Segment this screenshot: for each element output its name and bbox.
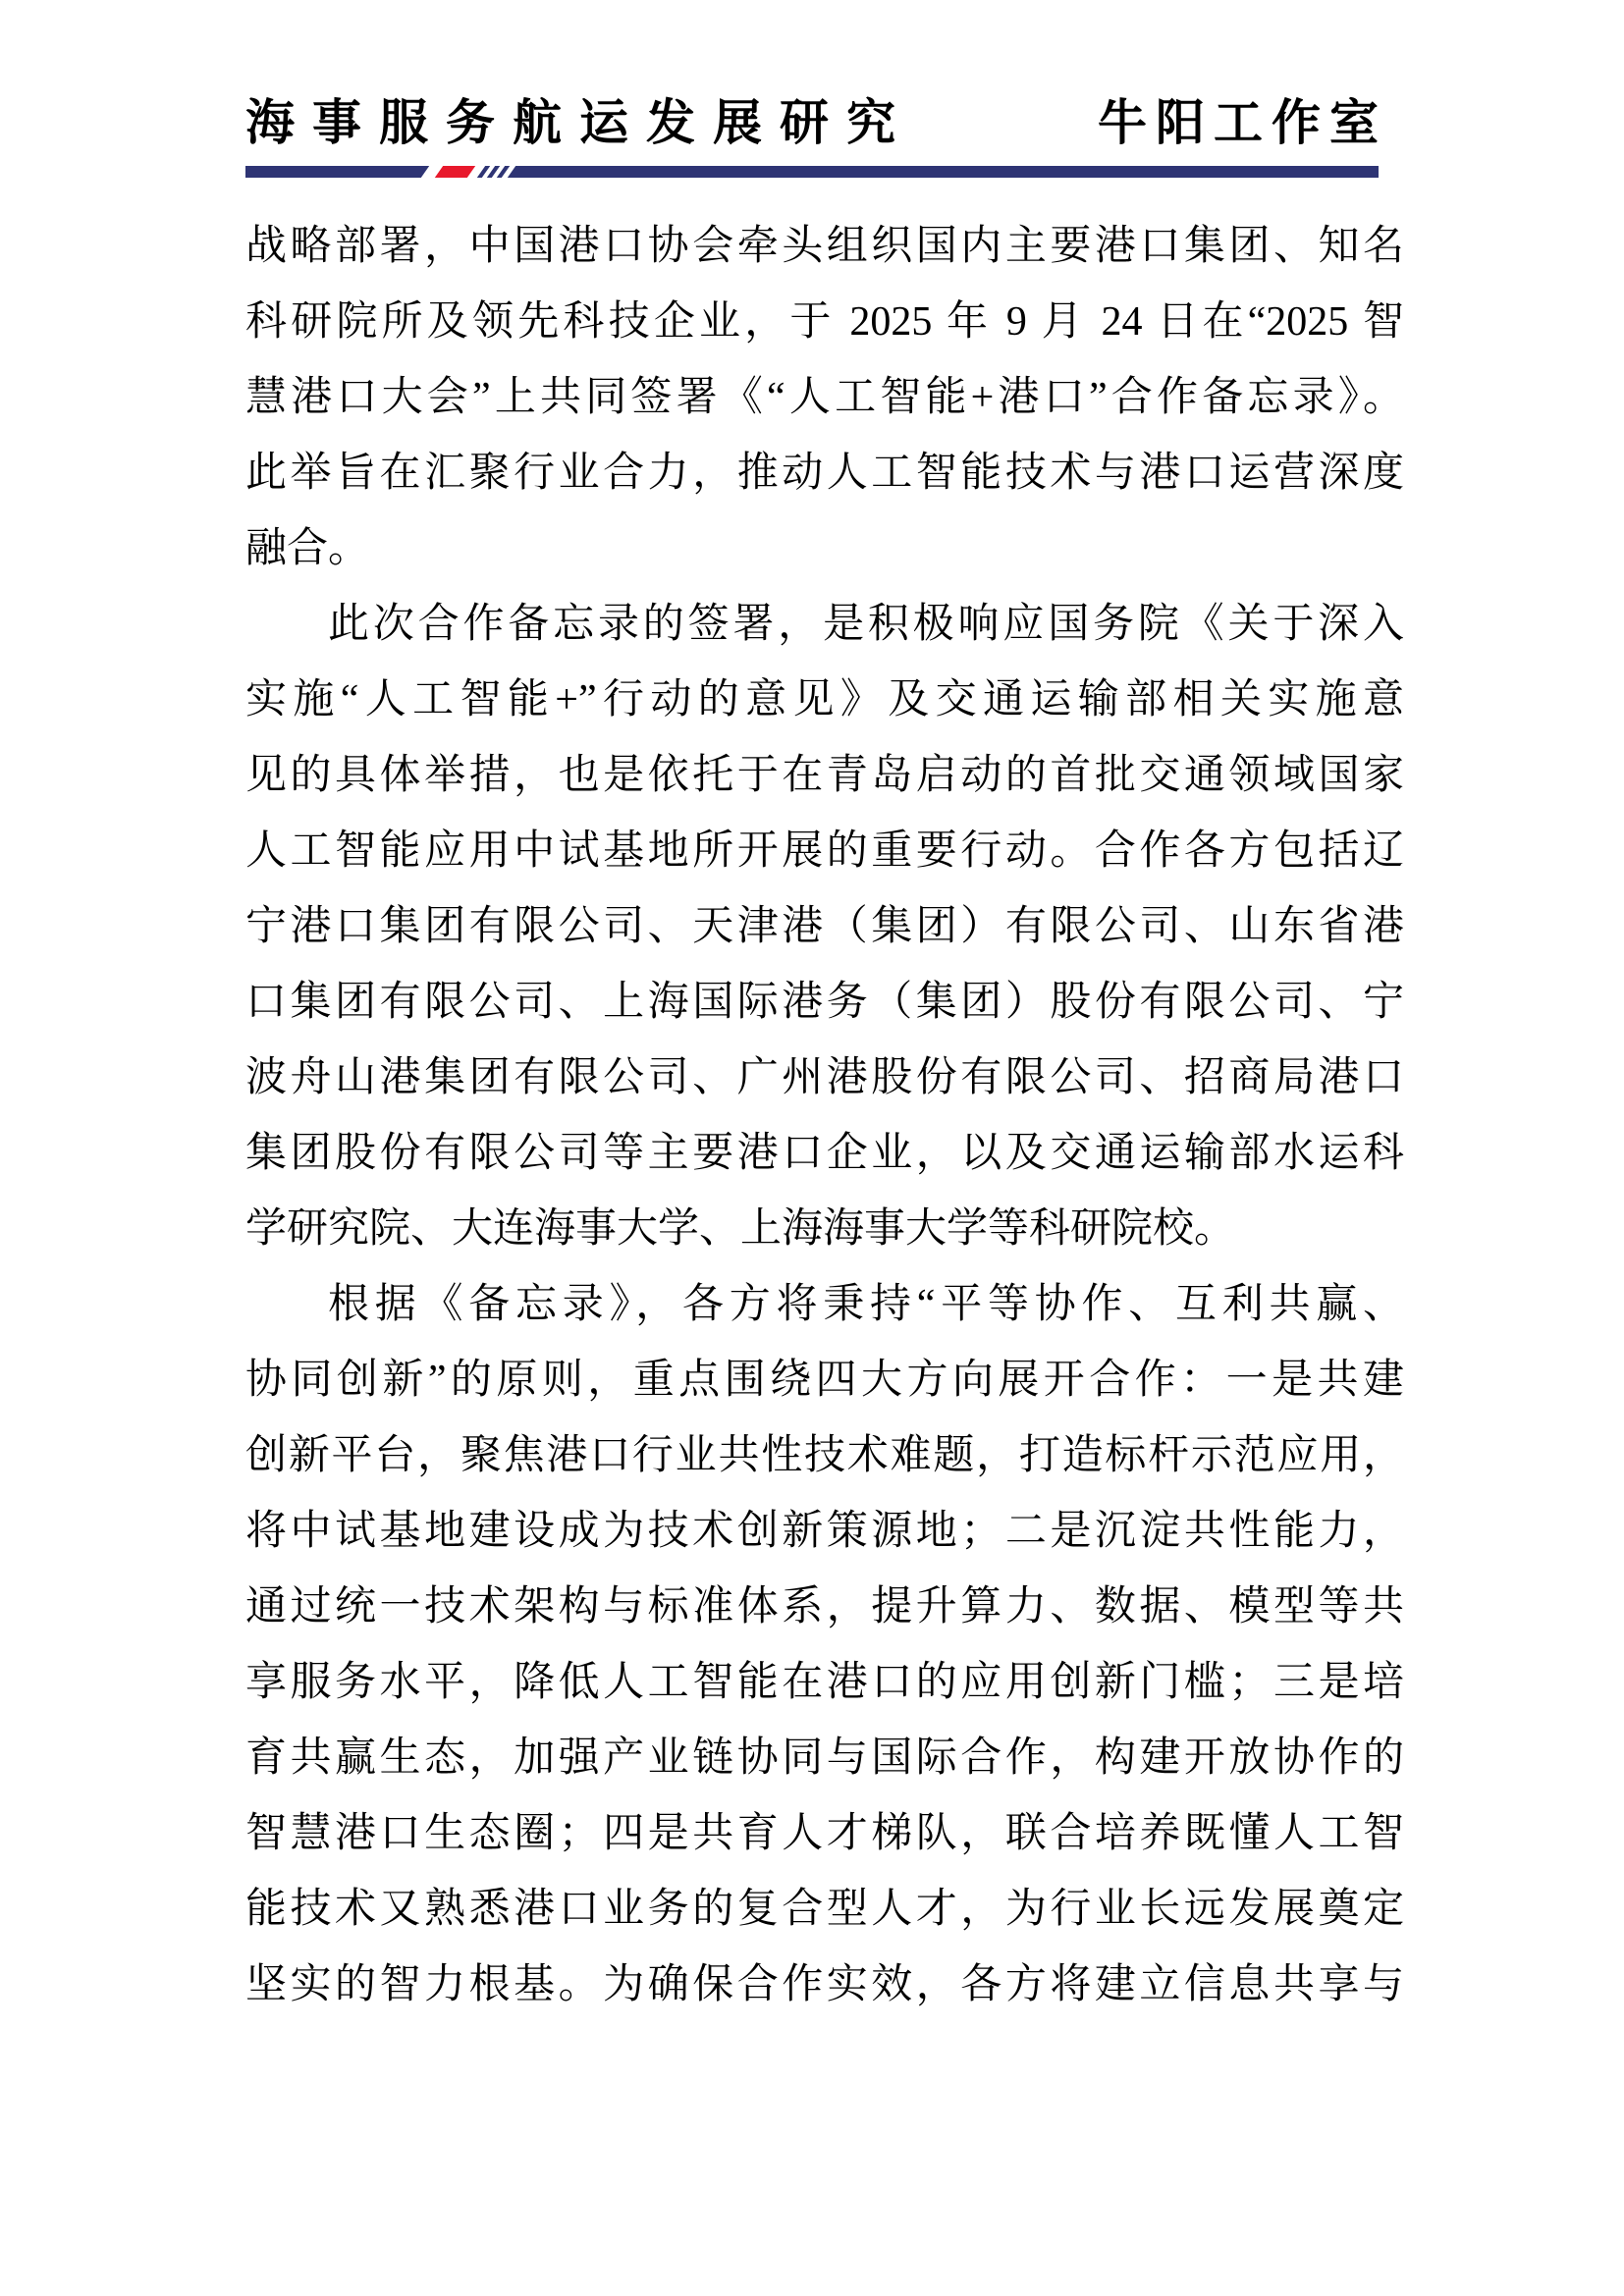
- text-line: 此举旨在汇聚行业合力，推动人工智能技术与港口运营深度: [245, 436, 1404, 511]
- text-line: 育共赢生态，加强产业链协同与国际合作，构建开放协作的: [245, 1721, 1404, 1796]
- text-line: 坚实的智力根基。为确保合作实效，各方将建立信息共享与: [245, 1948, 1404, 2023]
- text-line: 智慧港口生态圈；四是共育人才梯队，联合培养既懂人工智: [245, 1796, 1404, 1872]
- text-line: 口集团有限公司、上海国际港务（集团）股份有限公司、宁: [245, 965, 1404, 1041]
- text-line: 能技术又熟悉港口业务的复合型人才，为行业长远发展奠定: [245, 1872, 1404, 1948]
- text-line: 将中试基地建设成为技术创新策源地；二是沉淀共性能力，: [245, 1494, 1404, 1570]
- text-line: 根据《备忘录》，各方将秉持“平等协作、互利共赢、: [245, 1267, 1404, 1343]
- text-line: 协同创新”的原则，重点围绕四大方向展开合作：一是共建: [245, 1343, 1404, 1418]
- text-line: 人工智能应用中试基地所开展的重要行动。合作各方包括辽: [245, 814, 1404, 889]
- text-line: 实施“人工智能+”行动的意见》及交通运输部相关实施意: [245, 663, 1404, 738]
- text-line: 学研究院、大连海事大学、上海海事大学等科研院校。: [245, 1192, 1404, 1267]
- header-divider-bar: [245, 166, 1379, 178]
- text-line: 战略部署，中国港口协会牵头组织国内主要港口集团、知名: [245, 209, 1404, 285]
- document-page: 海事服务航运发展研究 牛阳工作室 战略部署，中国港口协会牵头组织国内主要港口集团…: [0, 0, 1624, 2296]
- text-line: 通过统一技术架构与标准体系，提升算力、数据、模型等共: [245, 1570, 1404, 1645]
- text-line: 融合。: [245, 511, 1404, 587]
- text-line: 见的具体举措，也是依托于在青岛启动的首批交通领域国家: [245, 738, 1404, 814]
- page-header: 海事服务航运发展研究 牛阳工作室: [245, 94, 1379, 151]
- text-line: 科研院所及领先科技企业，于 2025 年 9 月 24 日在“2025 智: [245, 285, 1404, 360]
- text-line: 波舟山港集团有限公司、广州港股份有限公司、招商局港口: [245, 1041, 1404, 1116]
- body-text: 战略部署，中国港口协会牵头组织国内主要港口集团、知名科研院所及领先科技企业，于 …: [245, 209, 1404, 2023]
- text-line: 集团股份有限公司等主要港口企业，以及交通运输部水运科: [245, 1116, 1404, 1192]
- header-right-title: 牛阳工作室: [1098, 94, 1387, 151]
- header-left-title: 海事服务航运发展研究: [245, 94, 913, 151]
- text-line: 慧港口大会”上共同签署《“人工智能+港口”合作备忘录》。: [245, 360, 1404, 436]
- text-line: 享服务水平，降低人工智能在港口的应用创新门槛；三是培: [245, 1645, 1404, 1721]
- text-line: 创新平台，聚焦港口行业共性技术难题，打造标杆示范应用，: [245, 1418, 1404, 1494]
- text-line: 此次合作备忘录的签署，是积极响应国务院《关于深入: [245, 587, 1404, 663]
- text-line: 宁港口集团有限公司、天津港（集团）有限公司、山东省港: [245, 889, 1404, 965]
